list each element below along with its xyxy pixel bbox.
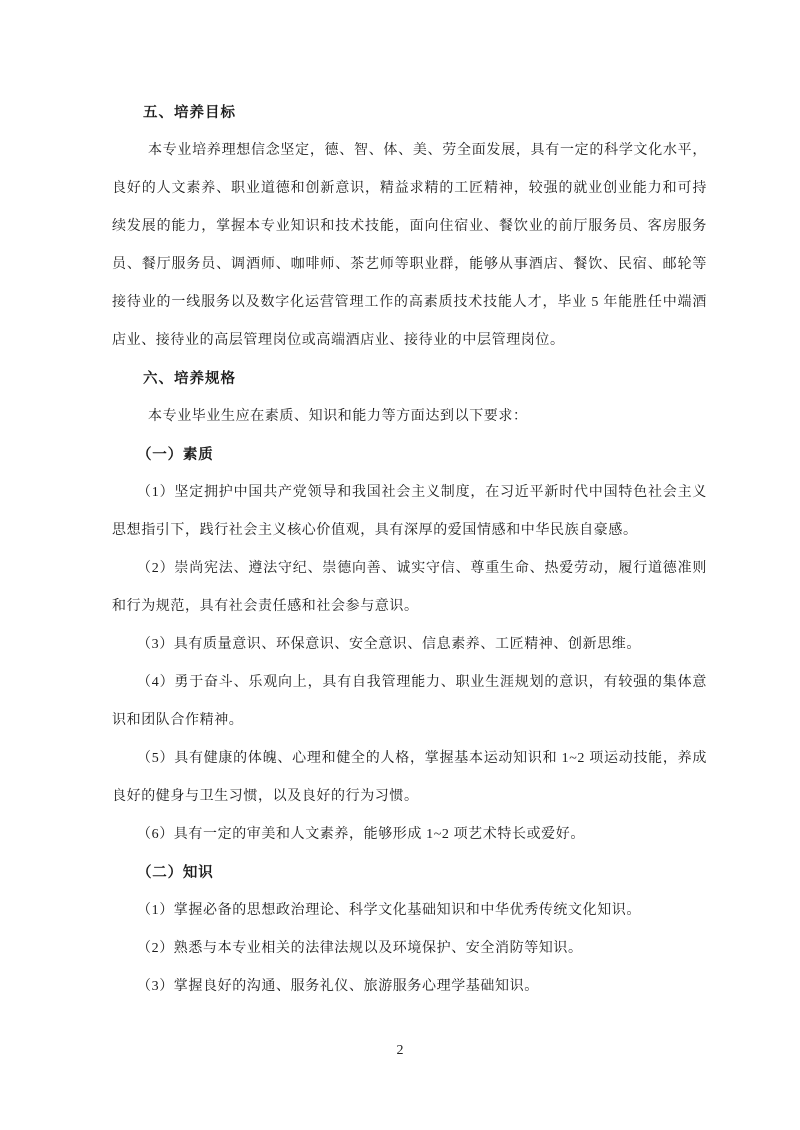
training-specs-intro-paragraph: 本专业毕业生应在素质、知识和能力等方面达到以下要求： [112,398,707,436]
training-objectives-paragraph: 本专业培养理想信念坚定，德、智、体、美、劳全面发展，具有一定的科学文化水平，良好… [112,132,707,360]
quality-item-1: （1）坚定拥护中国共产党领导和我国社会主义制度，在习近平新时代中国特色社会主义思… [112,474,707,550]
page-number: 2 [0,1041,800,1061]
section-heading-training-objectives: 五、培养目标 [112,94,707,132]
knowledge-item-1: （1）掌握必备的思想政治理论、科学文化基础知识和中华优秀传统文化知识。 [112,892,707,930]
quality-item-4: （4）勇于奋斗、乐观向上，具有自我管理能力、职业生涯规划的意识，有较强的集体意识… [112,664,707,740]
quality-item-6: （6）具有一定的审美和人文素养，能够形成 1~2 项艺术特长或爱好。 [112,816,707,854]
document-body: 五、培养目标 本专业培养理想信念坚定，德、智、体、美、劳全面发展，具有一定的科学… [112,94,707,1006]
quality-item-2: （2）崇尚宪法、遵法守纪、崇德向善、诚实守信、尊重生命、热爱劳动，履行道德准则和… [112,550,707,626]
knowledge-item-2: （2）熟悉与本专业相关的法律法规以及环境保护、安全消防等知识。 [112,930,707,968]
section-heading-training-specs: 六、培养规格 [112,360,707,398]
quality-item-3: （3）具有质量意识、环保意识、安全意识、信息素养、工匠精神、创新思维。 [112,626,707,664]
sub-heading-quality: （一）素质 [112,436,707,474]
sub-heading-knowledge: （二）知识 [112,854,707,892]
quality-item-5: （5）具有健康的体魄、心理和健全的人格，掌握基本运动知识和 1~2 项运动技能，… [112,740,707,816]
document-page: 五、培养目标 本专业培养理想信念坚定，德、智、体、美、劳全面发展，具有一定的科学… [0,0,800,1130]
knowledge-item-3: （3）掌握良好的沟通、服务礼仪、旅游服务心理学基础知识。 [112,968,707,1006]
